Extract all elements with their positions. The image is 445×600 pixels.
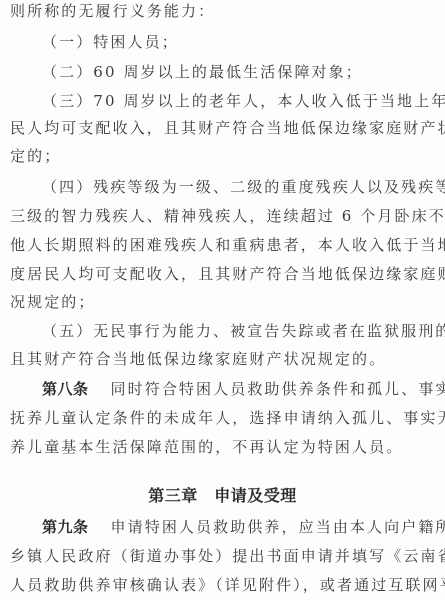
article-9-line-1: 第九条申请特困人员救助供养，应当由本人向户籍所在地 — [42, 517, 438, 537]
article-9-line-2: 乡镇人民政府（街道办事处）提出书面申请并填写《云南省特困 — [10, 546, 438, 566]
list-item-2: （二）60 周岁以上的最低生活保障对象； — [42, 62, 438, 82]
article-9-text: 申请特困人员救助供养，应当由本人向户籍所在地 — [111, 518, 445, 536]
text-line: 则所称的无履行义务能力： — [10, 1, 438, 21]
article-9-line-3: 人员救助供养审核确认表》（详见附件），或者通过互联网平台 — [10, 575, 438, 595]
article-8-label: 第八条 — [42, 380, 89, 398]
text-line: 定的； — [10, 146, 438, 166]
list-item-3: （三）70 周岁以上的老年人，本人收入低于当地上年度居 — [42, 91, 438, 111]
text-line: 他人长期照料的困难残疾人和重病患者，本人收入低于当地上年 — [10, 235, 438, 255]
article-8-line-1: 第八条同时符合特困人员救助供养条件和孤儿、事实无人 — [42, 379, 438, 399]
chapter-heading: 第三章 申请及受理 — [0, 485, 445, 507]
article-8-text: 同时符合特困人员救助供养条件和孤儿、事实无人 — [111, 380, 445, 398]
text-line: 况规定的； — [10, 292, 438, 312]
list-item-1: （一）特困人员； — [42, 32, 438, 52]
list-item-5: （五）无民事行为能力、被宣告失踪或者在监狱服刑的人员， — [42, 321, 438, 341]
text-line: 且其财产符合当地低保边缘家庭财产状况规定的。 — [10, 349, 438, 369]
article-9-label: 第九条 — [42, 518, 89, 536]
text-line: 度居民人均可支配收入，且其财产符合当地低保边缘家庭财产状 — [10, 264, 438, 284]
article-8-line-3: 养儿童基本生活保障范围的，不再认定为特困人员。 — [10, 437, 438, 457]
text-line: 民人均可支配收入，且其财产符合当地低保边缘家庭财产状况规 — [10, 118, 438, 138]
text-line: 三级的智力残疾人、精神残疾人，连续超过 6 个月卧床不起且需 — [10, 206, 438, 226]
document-page: 则所称的无履行义务能力： （一）特困人员； （二）60 周岁以上的最低生活保障对… — [0, 0, 445, 600]
list-item-4: （四）残疾等级为一级、二级的重度残疾人以及残疾等级为 — [42, 177, 438, 197]
article-8-line-2: 抚养儿童认定条件的未成年人，选择申请纳入孤儿、事实无人抚 — [10, 408, 438, 428]
